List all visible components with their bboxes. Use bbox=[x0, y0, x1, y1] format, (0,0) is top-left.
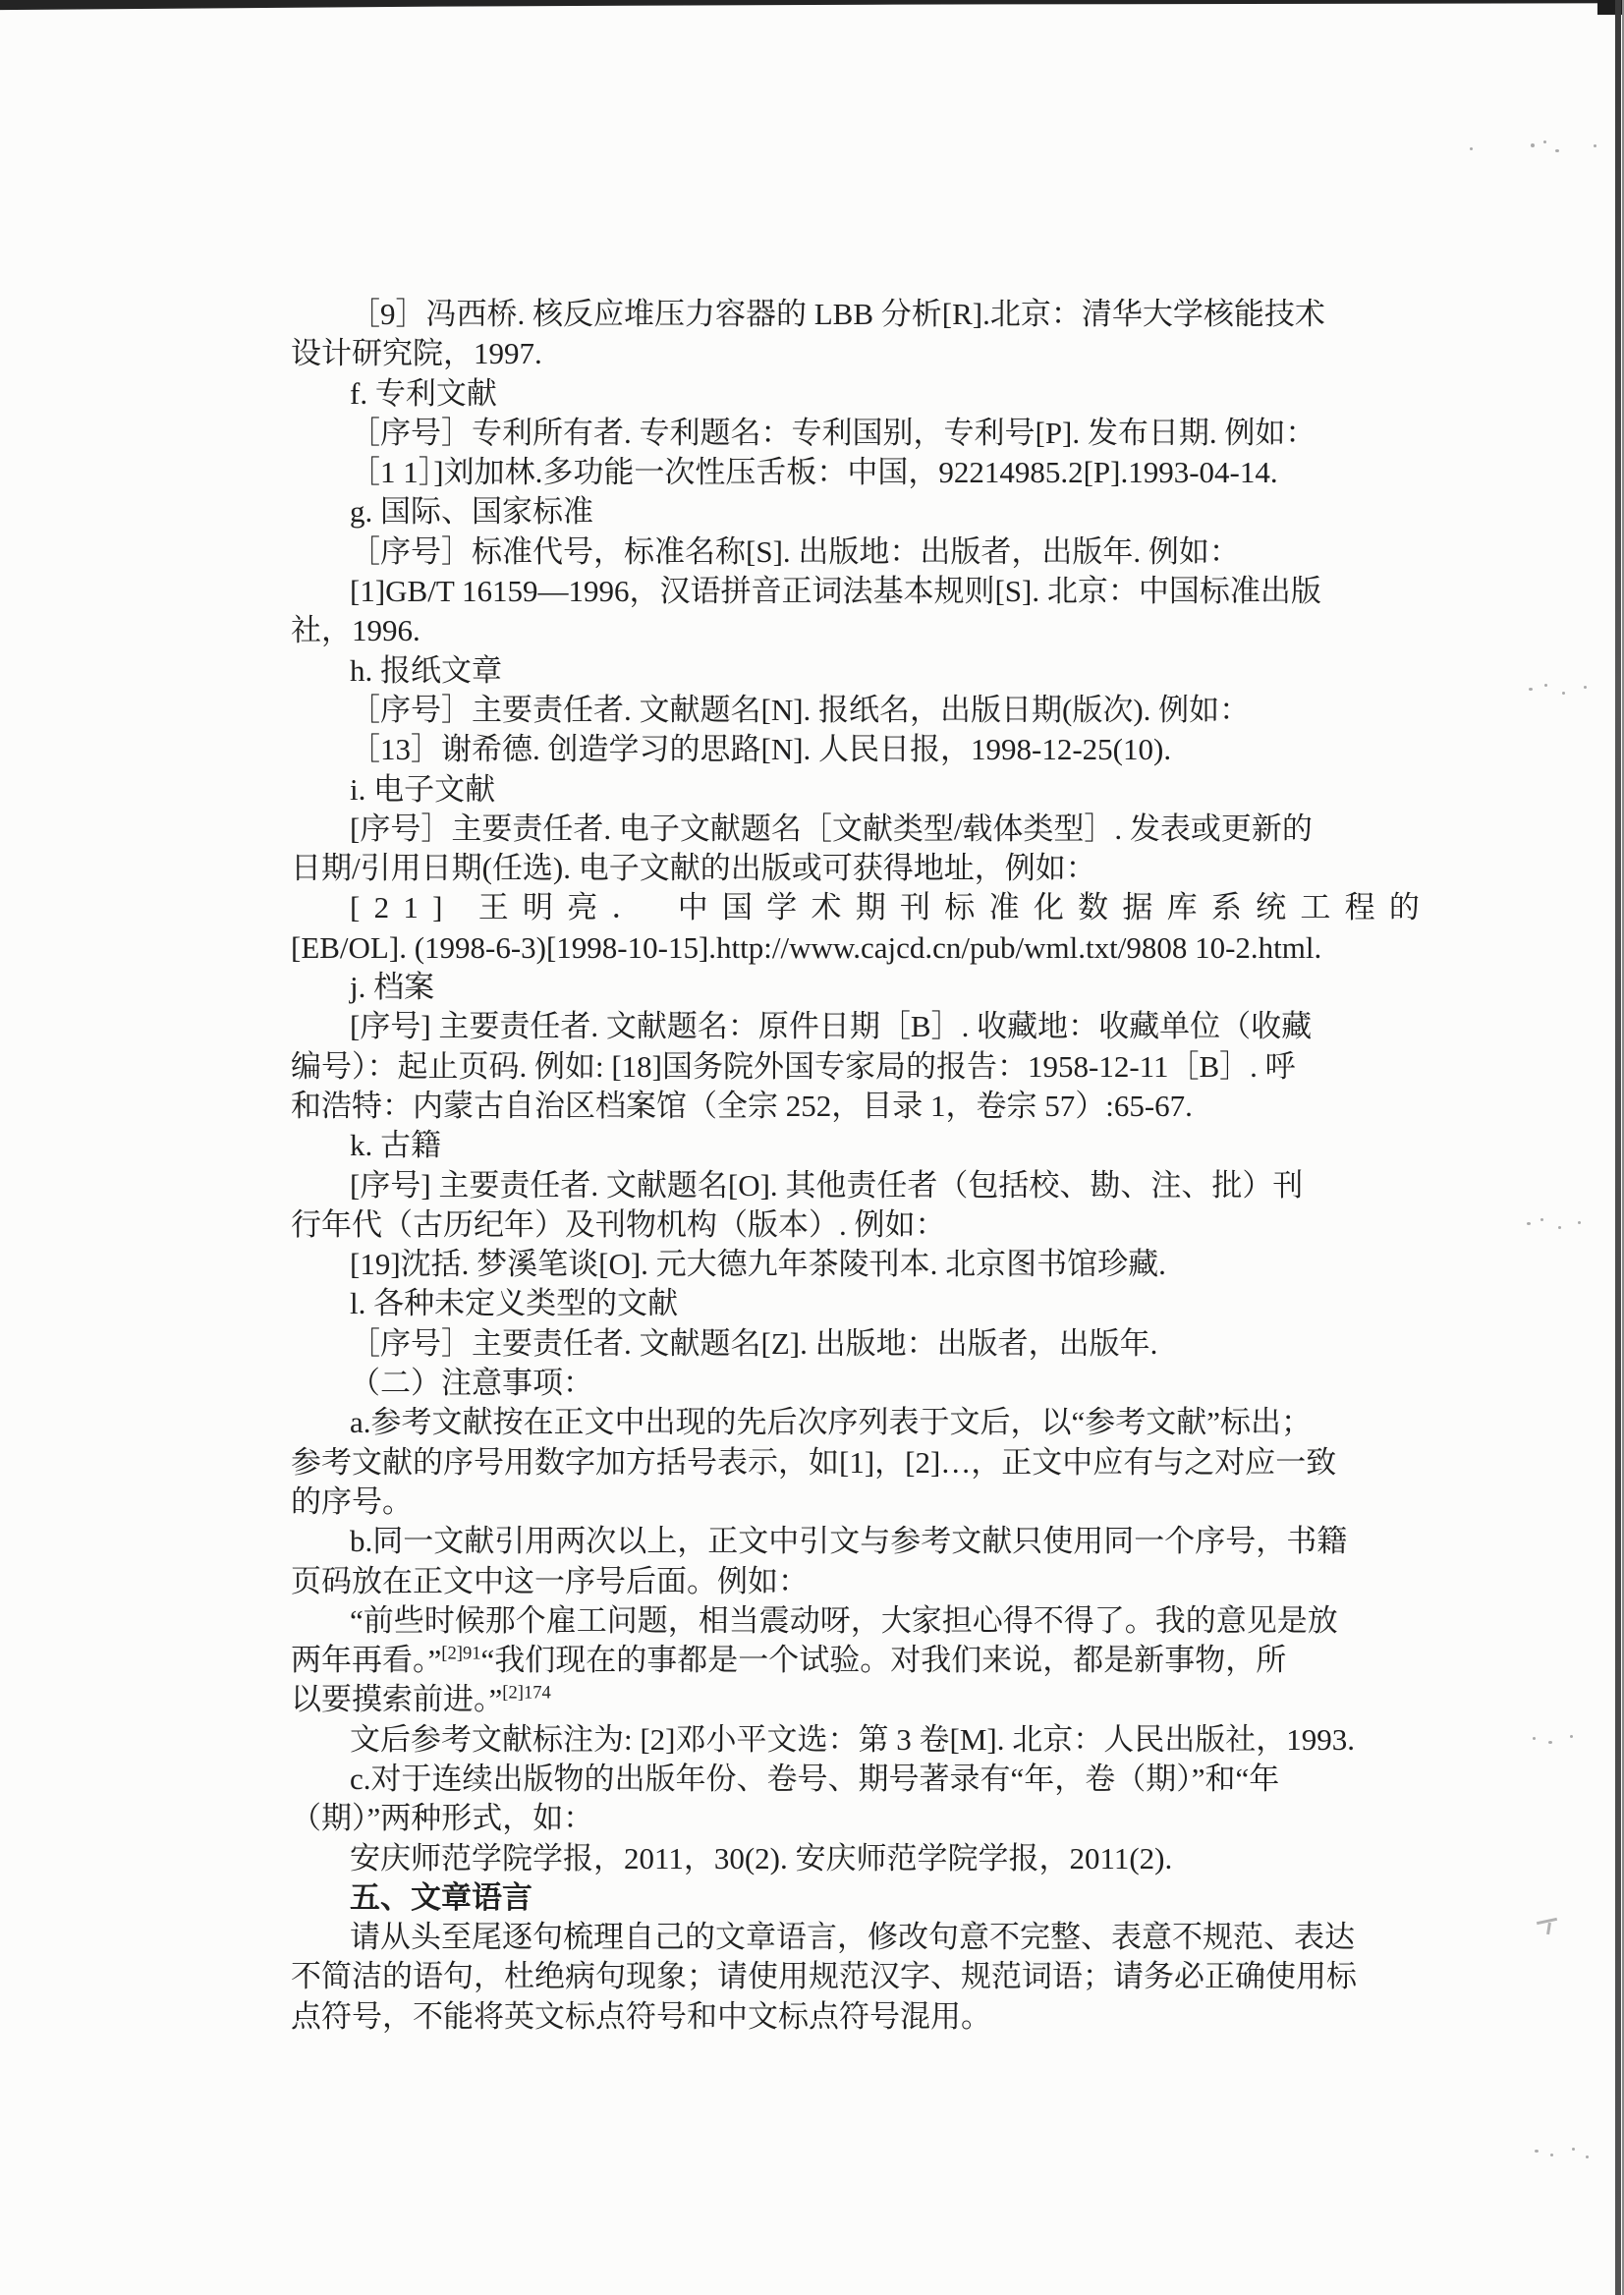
text-line: [序号］主要责任者. 电子文献题名［文献类型/载体类型］. 发表或更新的 bbox=[291, 810, 1344, 849]
text-line: f. 专利文献 bbox=[291, 374, 1344, 414]
text-segment: [序号］主要责任者. 电子文献题名［文献类型/载体类型］. 发表或更新的 bbox=[350, 812, 1313, 846]
scan-speck bbox=[1540, 1218, 1543, 1221]
text-segment: [19]沈括. 梦溪笔谈[O]. 元大德九年茶陵刊本. 北京图书馆珍藏. bbox=[350, 1247, 1166, 1281]
scan-speck bbox=[1586, 2155, 1589, 2158]
text-segment: [序号] 主要责任者. 文献题名：原件日期［B］. 收藏地：收藏单位（收藏 bbox=[350, 1009, 1312, 1043]
text-segment: “前些时候那个雇工问题，相当震动呀，大家担心得不得了。我的意见是放 bbox=[350, 1603, 1338, 1638]
text-segment: ［序号］主要责任者. 文献题名[Z]. 出版地：出版者，出版年. bbox=[350, 1326, 1157, 1361]
text-segment: g. 国际、国家标准 bbox=[350, 494, 593, 529]
text-line: 文后参考文献标注为: [2]邓小平文选：第 3 卷[M]. 北京：人民出版社，1… bbox=[291, 1720, 1344, 1760]
text-segment: i. 电子文献 bbox=[350, 772, 495, 807]
text-segment: 社，1996. bbox=[291, 613, 420, 647]
scan-edge-right bbox=[1615, 0, 1621, 2295]
text-segment: 文后参考文献标注为: [2]邓小平文选：第 3 卷[M]. 北京：人民出版社，1… bbox=[350, 1722, 1355, 1757]
text-segment: 以要摸索前进。” bbox=[291, 1682, 502, 1716]
text-line: 设计研究院，1997. bbox=[291, 334, 1344, 373]
scan-speck bbox=[1578, 1221, 1581, 1224]
text-line: [1]GB/T 16159—1996，汉语拼音正词法基本规则[S]. 北京：中国… bbox=[291, 572, 1344, 611]
citation-superscript: [2]91 bbox=[441, 1644, 480, 1664]
text-segment: ［序号］标准代号，标准名称[S]. 出版地：出版者，出版年. 例如： bbox=[350, 534, 1240, 569]
text-segment: 五、文章语言 bbox=[350, 1880, 532, 1915]
text-segment: 行年代（古历纪年）及刊物机构（版本）. 例如： bbox=[291, 1207, 946, 1242]
text-segment: （二）注意事项： bbox=[350, 1366, 593, 1400]
text-segment: a.参考文献按在正文中出现的先后次序列表于文后，以“参考文献”标出； bbox=[350, 1405, 1312, 1439]
text-segment: 的序号。 bbox=[291, 1484, 413, 1519]
text-segment: ［序号］主要责任者. 文献题名[N]. 报纸名，出版日期(版次). 例如： bbox=[350, 693, 1250, 727]
text-segment: c.对于连续出版物的出版年份、卷号、期号著录有“年，卷（期）”和“年 bbox=[350, 1762, 1279, 1796]
scan-speck bbox=[1572, 2148, 1575, 2151]
text-segment: ［序号］专利所有者. 专利题名：专利国别，专利号[P]. 发布日期. 例如： bbox=[350, 416, 1316, 450]
text-line: 参考文献的序号用数字加方括号表示，如[1]，[2]…，正文中应有与之对应一致 bbox=[291, 1443, 1344, 1483]
text-line: [EB/OL]. (1998-6-3)[1998-10-15].http://w… bbox=[291, 928, 1344, 968]
text-line: c.对于连续出版物的出版年份、卷号、期号著录有“年，卷（期）”和“年 bbox=[291, 1760, 1344, 1799]
text-segment: ［1 1］]刘加林.多功能一次性压舌板：中国，92214985.2[P].199… bbox=[350, 455, 1278, 489]
text-segment: ［9］冯西桥. 核反应堆压力容器的 LBB 分析[R].北京：清华大学核能技术 bbox=[350, 297, 1325, 331]
text-line: a.参考文献按在正文中出现的先后次序列表于文后，以“参考文献”标出； bbox=[291, 1403, 1344, 1442]
text-segment: 参考文献的序号用数字加方括号表示，如[1]，[2]…，正文中应有与之对应一致 bbox=[291, 1445, 1336, 1480]
scan-speck bbox=[1558, 1226, 1561, 1229]
text-segment: [1]GB/T 16159—1996，汉语拼音正词法基本规则[S]. 北京：中国… bbox=[350, 574, 1321, 608]
scanned-page: ［9］冯西桥. 核反应堆压力容器的 LBB 分析[R].北京：清华大学核能技术设… bbox=[0, 0, 1624, 2295]
text-line: i. 电子文献 bbox=[291, 770, 1344, 810]
text-line: 请从头至尾逐句梳理自己的文章语言，修改句意不完整、表意不规范、表达 bbox=[291, 1918, 1344, 1957]
text-line: l. 各种未定义类型的文献 bbox=[291, 1284, 1344, 1323]
text-line: 行年代（古历纪年）及刊物机构（版本）. 例如： bbox=[291, 1205, 1344, 1245]
text-segment: 请从头至尾逐句梳理自己的文章语言，修改句意不完整、表意不规范、表达 bbox=[350, 1920, 1355, 1954]
scan-speck bbox=[1535, 2150, 1539, 2153]
citation-superscript: [2]174 bbox=[502, 1683, 551, 1704]
text-segment: k. 古籍 bbox=[350, 1128, 441, 1162]
text-line: 点符号，不能将英文标点符号和中文标点符号混用。 bbox=[291, 1997, 1344, 2037]
text-line: g. 国际、国家标准 bbox=[291, 492, 1344, 532]
text-line: “前些时候那个雇工问题，相当震动呀，大家担心得不得了。我的意见是放 bbox=[291, 1601, 1344, 1641]
text-line: （期）”两种形式，如： bbox=[291, 1799, 1344, 1838]
scan-speck bbox=[1544, 684, 1547, 687]
text-segment: 日期/引用日期(任选). 电子文献的出版或可获得地址，例如： bbox=[291, 851, 1096, 885]
text-line: [21] 王明亮． 中国学术期刊标准化数据库系统工程的 bbox=[291, 888, 1344, 927]
text-line: 两年再看。”[2]91“我们现在的事都是一个试验。对我们来说，都是新事物，所 bbox=[291, 1641, 1344, 1680]
scan-speck bbox=[1562, 692, 1565, 695]
text-line: 和浩特：内蒙古自治区档案馆（全宗 252，目录 1，卷宗 57）:65-67. bbox=[291, 1087, 1344, 1126]
scan-speck bbox=[1584, 686, 1587, 689]
text-segment: 点符号，不能将英文标点符号和中文标点符号混用。 bbox=[291, 1999, 991, 2034]
text-line: 以要摸索前进。”[2]174 bbox=[291, 1680, 1344, 1719]
text-line: h. 报纸文章 bbox=[291, 651, 1344, 691]
text-line: b.同一文献引用两次以上，正文中引文与参考文献只使用同一个序号，书籍 bbox=[291, 1522, 1344, 1561]
text-line: ［1 1］]刘加林.多功能一次性压舌板：中国，92214985.2[P].199… bbox=[291, 453, 1344, 492]
text-line: ［9］冯西桥. 核反应堆压力容器的 LBB 分析[R].北京：清华大学核能技术 bbox=[291, 295, 1344, 334]
text-line: j. 档案 bbox=[291, 968, 1344, 1007]
text-line: ［序号］主要责任者. 文献题名[Z]. 出版地：出版者，出版年. bbox=[291, 1324, 1344, 1364]
scan-speck bbox=[1533, 1737, 1536, 1740]
text-line: ［序号］主要责任者. 文献题名[N]. 报纸名，出版日期(版次). 例如： bbox=[291, 691, 1344, 730]
text-line: 社，1996. bbox=[291, 611, 1344, 650]
scan-speck bbox=[1527, 1222, 1531, 1225]
faint-pen-mark bbox=[1536, 1913, 1563, 1940]
scan-edge-top bbox=[0, 0, 1624, 11]
document-body: ［9］冯西桥. 核反应堆压力容器的 LBB 分析[R].北京：清华大学核能技术设… bbox=[291, 295, 1344, 2037]
text-line: 页码放在正文中这一序号后面。例如： bbox=[291, 1562, 1344, 1601]
text-segment: 设计研究院，1997. bbox=[291, 336, 542, 370]
text-segment: 不简洁的语句，杜绝病句现象；请使用规范汉字、规范词语；请务必正确使用标 bbox=[291, 1959, 1357, 1993]
scan-speck bbox=[1470, 147, 1473, 150]
text-segment: 页码放在正文中这一序号后面。例如： bbox=[291, 1564, 809, 1598]
text-segment: l. 各种未定义类型的文献 bbox=[350, 1286, 678, 1320]
text-line: 编号）：起止页码. 例如: [18]国务院外国专家局的报告：1958-12-11… bbox=[291, 1047, 1344, 1087]
text-line: [19]沈括. 梦溪笔谈[O]. 元大德九年茶陵刊本. 北京图书馆珍藏. bbox=[291, 1245, 1344, 1284]
text-line: ［序号］专利所有者. 专利题名：专利国别，专利号[P]. 发布日期. 例如： bbox=[291, 414, 1344, 453]
text-segment: 和浩特：内蒙古自治区档案馆（全宗 252，目录 1，卷宗 57）:65-67. bbox=[291, 1089, 1193, 1123]
text-segment: （期）”两种形式，如： bbox=[291, 1801, 593, 1835]
scan-speck bbox=[1550, 2154, 1553, 2156]
text-line: 日期/引用日期(任选). 电子文献的出版或可获得地址，例如： bbox=[291, 849, 1344, 888]
text-segment: 两年再看。” bbox=[291, 1643, 441, 1677]
text-segment: h. 报纸文章 bbox=[350, 653, 502, 688]
text-segment: f. 专利文献 bbox=[350, 376, 497, 411]
text-line: [序号] 主要责任者. 文献题名：原件日期［B］. 收藏地：收藏单位（收藏 bbox=[291, 1007, 1344, 1046]
text-segment: [EB/OL]. (1998-6-3)[1998-10-15].http://w… bbox=[291, 930, 1321, 965]
text-line: ［13］谢希德. 创造学习的思路[N]. 人民日报，1998-12-25(10)… bbox=[291, 730, 1344, 769]
text-line: [序号] 主要责任者. 文献题名[O]. 其他责任者（包括校、勘、注、批）刊 bbox=[291, 1166, 1344, 1205]
text-segment: “我们现在的事都是一个试验。对我们来说，都是新事物，所 bbox=[481, 1643, 1287, 1677]
text-segment: ［13］谢希德. 创造学习的思路[N]. 人民日报，1998-12-25(10)… bbox=[350, 732, 1171, 766]
scan-speck bbox=[1570, 1735, 1573, 1738]
text-segment: 编号）：起止页码. 例如: [18]国务院外国专家局的报告：1958-12-11… bbox=[291, 1049, 1296, 1084]
text-line: k. 古籍 bbox=[291, 1126, 1344, 1165]
text-segment: j. 档案 bbox=[350, 970, 434, 1004]
scan-speck bbox=[1548, 1741, 1552, 1744]
scan-speck bbox=[1529, 688, 1533, 691]
text-segment: [序号] 主要责任者. 文献题名[O]. 其他责任者（包括校、勘、注、批）刊 bbox=[350, 1168, 1303, 1203]
scan-speck bbox=[1531, 143, 1535, 147]
text-segment: b.同一文献引用两次以上，正文中引文与参考文献只使用同一个序号，书籍 bbox=[350, 1524, 1347, 1558]
text-line: 安庆师范学院学报，2011，30(2). 安庆师范学院学报，2011(2). bbox=[291, 1839, 1344, 1878]
scan-speck bbox=[1555, 149, 1559, 152]
text-line: （二）注意事项： bbox=[291, 1364, 1344, 1403]
text-line: 五、文章语言 bbox=[291, 1878, 1344, 1918]
text-line: 不简洁的语句，杜绝病句现象；请使用规范汉字、规范词语；请务必正确使用标 bbox=[291, 1957, 1344, 1996]
text-segment: 安庆师范学院学报，2011，30(2). 安庆师范学院学报，2011(2). bbox=[350, 1841, 1172, 1875]
scan-speck bbox=[1594, 144, 1596, 147]
text-segment: [21] 王明亮． 中国学术期刊标准化数据库系统工程的 bbox=[350, 890, 1433, 924]
text-line: ［序号］标准代号，标准名称[S]. 出版地：出版者，出版年. 例如： bbox=[291, 532, 1344, 572]
text-line: 的序号。 bbox=[291, 1483, 1344, 1522]
scan-speck bbox=[1543, 140, 1546, 143]
